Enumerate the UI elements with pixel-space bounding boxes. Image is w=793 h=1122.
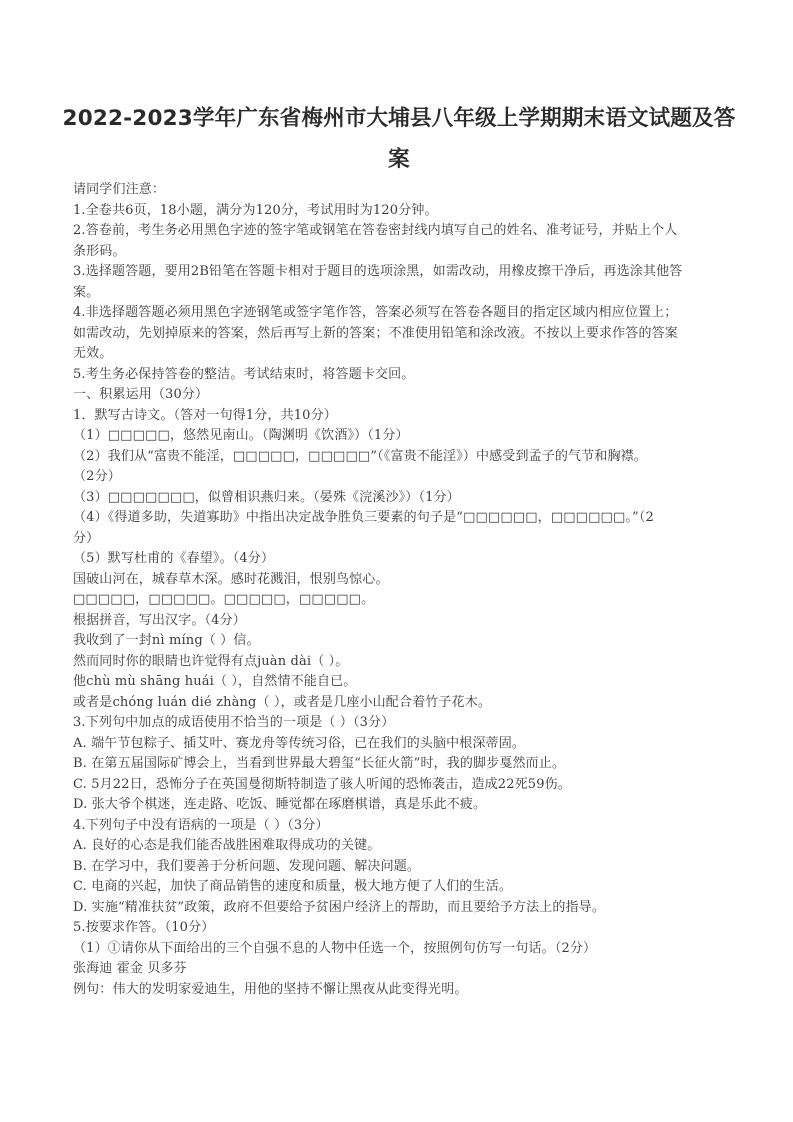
notice-item-4-cont2: 无效。 bbox=[73, 344, 725, 365]
question-1-part-4: （4）《得道多助，失道寡助》中指出决定战争胜负三要素的句子是“□□□□□□，□□… bbox=[73, 508, 725, 529]
section-heading-1: 一、积累运用（30分） bbox=[73, 385, 725, 406]
poem-line-1: 国破山河在，城春草木深。感时花溅泪，恨别鸟惊心。 bbox=[73, 570, 725, 591]
question-5-names: 张海迪 霍金 贝多芬 bbox=[73, 959, 725, 980]
question-3: 3.下列句中加点的成语使用不恰当的一项是（ ）（3分） bbox=[73, 713, 725, 734]
notice-heading: 请同学们注意： bbox=[73, 180, 725, 201]
question-2-item-1: 我收到了一封nì míng（ ）信。 bbox=[73, 631, 725, 652]
question-4-option-d: D. 实施“精准扶贫”政策，政府不但要给予贫困户经济上的帮助，而且要给予方法上的… bbox=[73, 898, 725, 919]
notice-item-2-cont: 条形码。 bbox=[73, 242, 725, 263]
notice-item-4-cont: 如需改动，先划掉原来的答案，然后再写上新的答案；不准使用铅笔和涂改液。不按以上要… bbox=[73, 324, 725, 345]
question-1: 1．默写古诗文。（答对一句得1分，共10分） bbox=[73, 406, 725, 427]
question-4: 4.下列句子中没有语病的一项是（ ）（3分） bbox=[73, 816, 725, 837]
notice-item-3-cont: 案。 bbox=[73, 283, 725, 304]
question-1-part-4-cont: 分） bbox=[73, 529, 725, 550]
question-4-option-b: B. 在学习中，我们要善于分析问题、发现问题、解决问题。 bbox=[73, 857, 725, 878]
document-body: 请同学们注意： 1.全卷共6页，18小题，满分为120分，考试用时为120分钟。… bbox=[73, 180, 725, 1000]
question-1-part-5: （5）默写杜甫的《春望》。（4分） bbox=[73, 549, 725, 570]
question-1-part-2-cont: （2分） bbox=[73, 467, 725, 488]
question-5: 5.按要求作答。（10分） bbox=[73, 918, 725, 939]
question-5-example: 例句：伟大的发明家爱迪生，用他的坚持不懈让黑夜从此变得光明。 bbox=[73, 980, 725, 1001]
poem-blanks: □□□□□，□□□□□。□□□□□，□□□□□。 bbox=[73, 590, 725, 611]
question-2: 根据拼音，写出汉字。（4分） bbox=[73, 611, 725, 632]
question-2-item-2: 然而同时你的眼睛也许觉得有点juàn dài（ ）。 bbox=[73, 652, 725, 673]
question-1-part-2: （2）我们从“富贵不能淫，□□□□□，□□□□□”（《富贵不能淫》）中感受到孟子… bbox=[73, 447, 725, 468]
notice-item-4: 4.非选择题答题必须用黑色字迹钢笔或签字笔作答，答案必须写在答卷各题目的指定区域… bbox=[73, 303, 725, 324]
question-3-option-a: A. 端午节包粽子、插艾叶、赛龙舟等传统习俗，已在我们的头脑中根深蒂固。 bbox=[73, 734, 725, 755]
question-1-part-3: （3）□□□□□□□，似曾相识燕归来。（晏殊《浣溪沙》）（1分） bbox=[73, 488, 725, 509]
question-3-option-d: D. 张大爷个棋迷，连走路、吃饭、睡觉都在琢磨棋谱，真是乐此不疲。 bbox=[73, 795, 725, 816]
notice-item-1: 1.全卷共6页，18小题，满分为120分，考试用时为120分钟。 bbox=[73, 201, 725, 222]
question-5-part-1: （1）①请你从下面给出的三个自强不息的人物中任选一个，按照例句仿写一句话。（2分… bbox=[73, 939, 725, 960]
question-4-option-a: A. 良好的心态是我们能否战胜困难取得成功的关键。 bbox=[73, 836, 725, 857]
question-3-option-b: B. 在第五届国际矿博会上，当看到世界最大碧玺“长征火箭”时，我的脚步戛然而止。 bbox=[73, 754, 725, 775]
notice-item-2: 2.答卷前，考生务必用黑色字迹的签字笔或钢笔在答卷密封线内填写自己的姓名、准考证… bbox=[73, 221, 725, 242]
document-title-line-1: 2022-2023学年广东省梅州市大埔县八年级上学期期末语文试题及答 bbox=[61, 101, 737, 132]
question-2-item-3: 他chù mù shāng huái（ ），自然情不能自已。 bbox=[73, 672, 725, 693]
question-3-option-c: C. 5月22日，恐怖分子在英国曼彻斯特制造了骇人听闻的恐怖袭击，造成22死59… bbox=[73, 775, 725, 796]
document-title-line-2: 案 bbox=[61, 142, 737, 173]
notice-item-5: 5.考生务必保持答卷的整洁。考试结束时，将答题卡交回。 bbox=[73, 365, 725, 386]
question-1-part-1: （1）□□□□□，悠然见南山。（陶渊明《饮酒》）（1分） bbox=[73, 426, 725, 447]
question-4-option-c: C. 电商的兴起，加快了商品销售的速度和质量，极大地方便了人们的生活。 bbox=[73, 877, 725, 898]
question-2-item-4: 或者是chóng luán dié zhàng（ ），或者是几座小山配合着竹子花… bbox=[73, 693, 725, 714]
notice-item-3: 3.选择题答题，要用2B铅笔在答题卡相对于题目的选项涂黑，如需改动，用橡皮擦干净… bbox=[73, 262, 725, 283]
